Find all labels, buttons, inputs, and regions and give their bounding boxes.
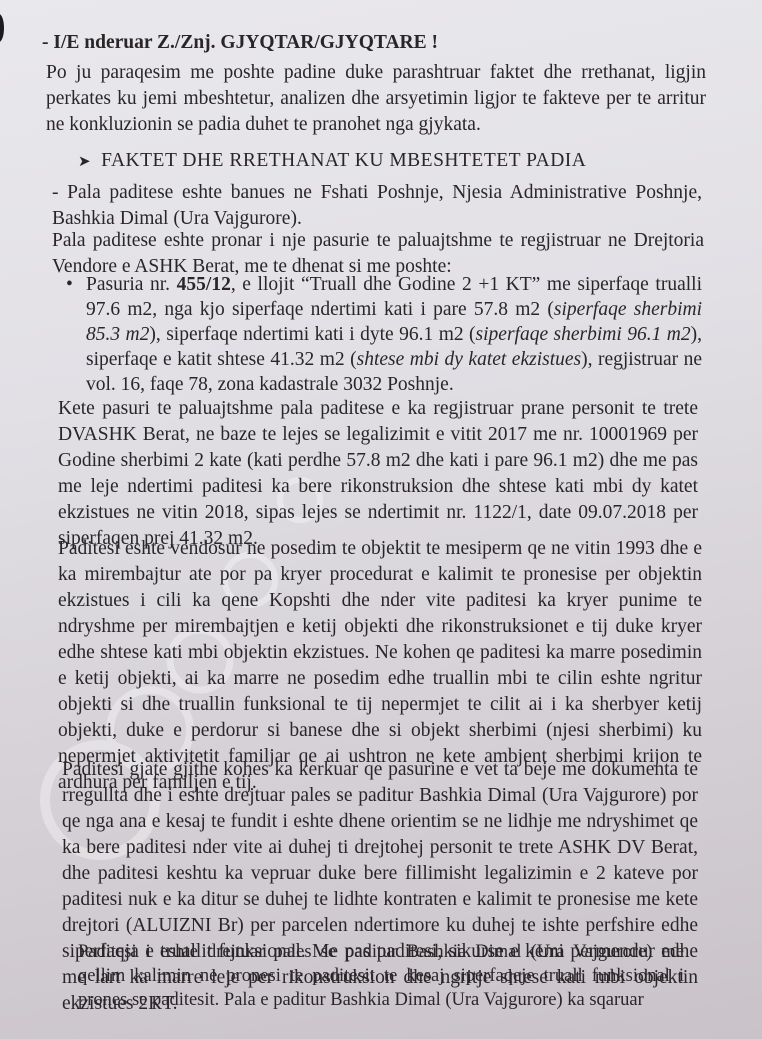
property-item: Pasuria nr. 455/12, e llojit “Truall dhe… bbox=[86, 272, 702, 397]
section-heading: ➤FAKTET DHE RRETHANAT KU MBESHTETET PADI… bbox=[78, 148, 586, 175]
arrow-right-icon: ➤ bbox=[78, 149, 91, 175]
section-heading-text: FAKTET DHE RRETHANAT KU MBESHTETET PADIA bbox=[101, 150, 586, 171]
fact-residence: - Pala paditese eshte banues ne Fshati P… bbox=[52, 180, 702, 232]
paragraph-registration: Kete pasuri te paluajtshme pala paditese… bbox=[58, 396, 698, 552]
property-list: Pasuria nr. 455/12, e llojit “Truall dhe… bbox=[86, 272, 702, 397]
property-text: ), siperfaqe ndertimi kati i dyte 96.1 m… bbox=[149, 324, 475, 345]
property-number: 455/12 bbox=[177, 274, 231, 295]
property-italic: siperfaqe sherbimi 96.1 m2 bbox=[476, 324, 691, 345]
paragraph-request: Paditesi i eshte drejtuar pales se padit… bbox=[78, 940, 684, 1012]
property-italic: shtese mbi dy katet ekzistues bbox=[357, 349, 581, 370]
page-edge-shadow bbox=[0, 14, 4, 42]
property-prefix: Pasuria nr. bbox=[86, 274, 177, 295]
intro-paragraph: Po ju paraqesim me poshte padine duke pa… bbox=[46, 60, 706, 138]
salutation: - I/E nderuar Z./Znj. GJYQTAR/GJYQTARE ! bbox=[42, 30, 438, 56]
